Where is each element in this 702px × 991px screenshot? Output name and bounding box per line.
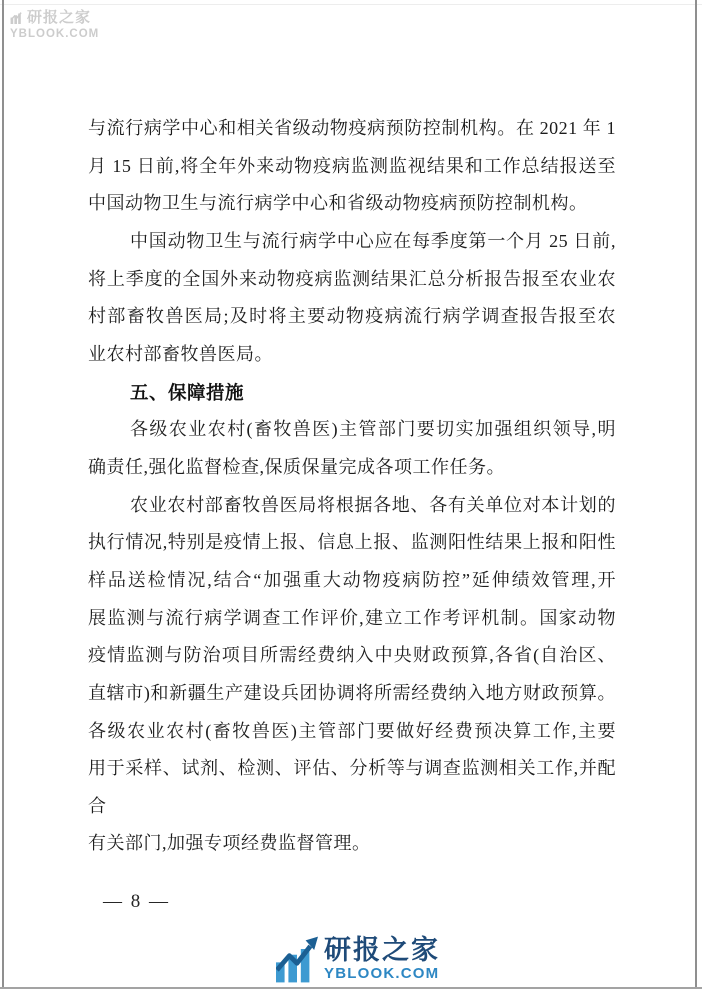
page-border-bottom	[0, 987, 702, 989]
page-border-right	[695, 0, 697, 989]
watermark-chart-icon	[10, 10, 24, 24]
watermark-brand: 研报之家	[27, 6, 91, 27]
text-line: 疫情监测与防治项目所需经费纳入中央财政预算,各省(自治区、	[88, 637, 616, 675]
logo-brand: 研报之家	[324, 936, 440, 964]
text-line: 确责任,强化监督检查,保质保量完成各项工作任务。	[88, 449, 616, 487]
text-line: 样品送检情况,结合“加强重大动物疫病防控”延伸绩效管理,开	[88, 562, 616, 600]
text-line: 中国动物卫生与流行病学中心和省级动物疫病预防控制机构。	[88, 185, 616, 223]
text-line: 将上季度的全国外来动物疫病监测结果汇总分析报告报至农业农	[88, 261, 616, 299]
text-line: 展监测与流行病学调查工作评价,建立工作考评机制。国家动物	[88, 600, 616, 638]
watermark: 研报之家 YBLOOK.COM	[10, 6, 99, 40]
footer-logo: 研报之家 YBLOOK.COM	[276, 936, 440, 983]
text-line: 用于采样、试剂、检测、评估、分析等与调查监测相关工作,并配合	[88, 750, 616, 825]
text-line: 有关部门,加强专项经费监督管理。	[88, 825, 616, 863]
logo-chart-icon	[276, 936, 318, 983]
text-line: 执行情况,特别是疫情上报、信息上报、监测阳性结果上报和阳性	[88, 524, 616, 562]
text-line: 农业农村部畜牧兽医局将根据各地、各有关单位对本计划的	[88, 487, 616, 525]
watermark-domain: YBLOOK.COM	[10, 28, 99, 40]
text-line: 月 15 日前,将全年外来动物疫病监测监视结果和工作总结报送至	[88, 148, 616, 186]
text-line: 村部畜牧兽医局;及时将主要动物疫病流行病学调查报告报至农	[88, 298, 616, 336]
page-border-left	[2, 0, 4, 989]
section-heading: 五、保障措施	[88, 374, 616, 412]
text-line: 业农村部畜牧兽医局。	[88, 336, 616, 374]
text-line: 各级农业农村(畜牧兽医)主管部门要切实加强组织领导,明	[88, 411, 616, 449]
logo-domain: YBLOOK.COM	[324, 966, 440, 982]
text-line: 与流行病学中心和相关省级动物疫病预防控制机构。在 2021 年 1	[88, 110, 616, 148]
text-line: 各级农业农村(畜牧兽医)主管部门要做好经费预决算工作,主要	[88, 713, 616, 751]
text-block: 与流行病学中心和相关省级动物疫病预防控制机构。在 2021 年 1月 15 日前…	[88, 110, 616, 863]
page-number: — 8 —	[103, 891, 168, 913]
text-line: 中国动物卫生与流行病学中心应在每季度第一个月 25 日前,	[88, 223, 616, 261]
page-border-top	[0, 4, 702, 5]
text-line: 直辖市)和新疆生产建设兵团协调将所需经费纳入地方财政预算。	[88, 675, 616, 713]
document-page: 研报之家 YBLOOK.COM 与流行病学中心和相关省级动物疫病预防控制机构。在…	[0, 0, 702, 991]
